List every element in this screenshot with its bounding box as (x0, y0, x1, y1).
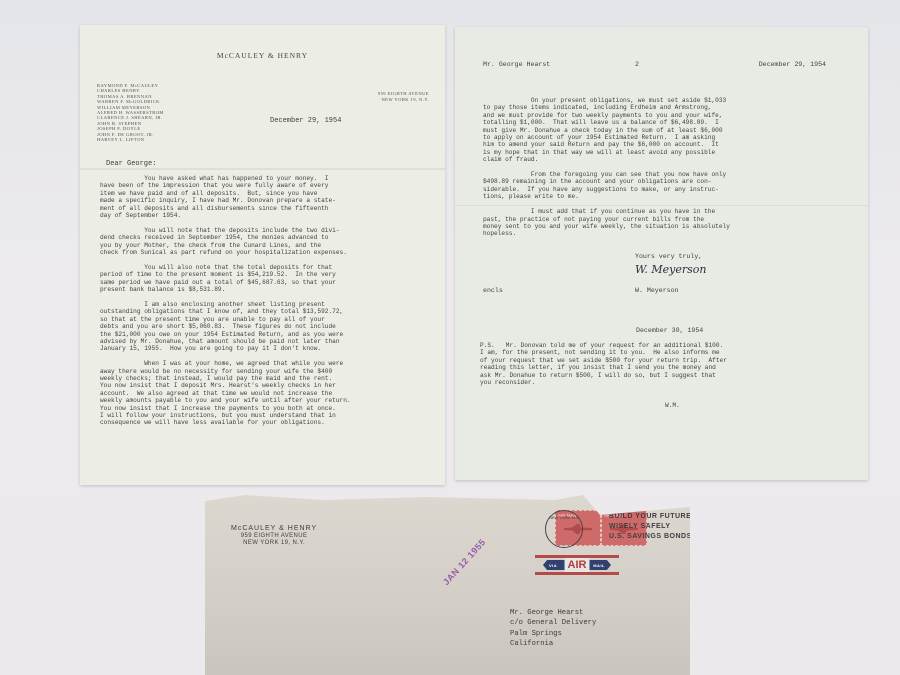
cancel-line: BUILD YOUR FUTURE (609, 512, 691, 522)
return-firm-name: McCAULEY & HENRY (231, 525, 317, 533)
letter-page-one: McCAULEY & HENRY RAYMOND F. McCAULEY CHA… (80, 25, 445, 485)
salutation: Dear George: (106, 160, 156, 168)
handwritten-signature: W. Meyerson (635, 263, 706, 276)
partner-name: HARVEY L. LIPTON (97, 137, 164, 142)
letterhead-firm-name: McCAULEY & HENRY (80, 51, 445, 60)
page-number: 2 (635, 61, 639, 68)
enclosure-note: encls (483, 287, 503, 294)
airmail-mail: MAIL (593, 563, 605, 568)
envelope: McCAULEY & HENRY 959 EIGHTH AVENUE NEW Y… (205, 495, 690, 675)
fold-crease (80, 168, 445, 170)
postscript: P.S. Mr. Donovan told me of your request… (480, 342, 727, 386)
letterhead-partners-list: RAYMOND F. McCAULEY CHARLES HENRY THOMAS… (97, 83, 164, 142)
return-address-line: NEW YORK 19, N.Y. (231, 540, 317, 548)
airmail-air: AIR (565, 558, 590, 572)
received-date-stamp: JAN 12 1955 (441, 537, 488, 587)
letter-page-two: Mr. George Hearst 2 December 29, 1954 On… (455, 27, 868, 480)
via-airmail-label: VIA MAIL AIR (535, 555, 619, 575)
closing: Yours very truly, (635, 253, 702, 260)
slogan-cancellation: BUILD YOUR FUTURE WISELY SAFELY U.S. SAV… (609, 512, 691, 542)
page-header-date: December 29, 1954 (759, 61, 826, 68)
letterhead-address: 959 EIGHTH AVENUE NEW YORK 19, N.Y. (378, 91, 429, 104)
postscript-date: December 30, 1954 (636, 327, 703, 334)
address-line: NEW YORK 19, N.Y. (378, 97, 429, 103)
circular-postmark: NEW YORK N.Y. (545, 510, 583, 548)
letter-date: December 29, 1954 (270, 117, 341, 125)
typed-signer-name: W. Meyerson (635, 287, 679, 294)
return-address-line: 959 EIGHTH AVENUE (231, 533, 317, 541)
postmark-text: NEW YORK N.Y. (549, 515, 579, 520)
red-stripe (535, 572, 619, 575)
recipient-address: Mr. George Hearst c/o General Delivery P… (510, 608, 596, 649)
return-address: McCAULEY & HENRY 959 EIGHTH AVENUE NEW Y… (231, 525, 317, 548)
letter-body: You have asked what has happened to your… (100, 175, 351, 427)
postscript-initials: W.M. (665, 402, 680, 409)
page-header-recipient: Mr. George Hearst (483, 61, 550, 68)
cancel-line: U.S. SAVINGS BONDS (609, 532, 691, 542)
cancel-line: WISELY SAFELY (609, 522, 691, 532)
airmail-via: VIA (549, 563, 557, 568)
letter-body: On your present obligations, we must set… (483, 97, 730, 238)
partner-name: WARREN F. McGOLDRICK (97, 99, 164, 104)
